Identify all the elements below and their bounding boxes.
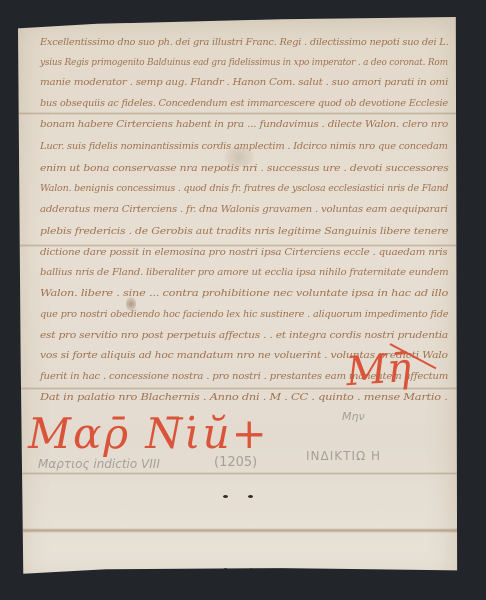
text-line: ysius Regis primogenito Balduinus ead gr… xyxy=(40,57,448,68)
text-line: bus obsequiis ac fideles. Concedendum es… xyxy=(40,98,448,109)
pencil-note-greek: ΙΝΔΙΚΤΙΩ Η xyxy=(306,449,381,463)
text-line: Lucr. suis fidelis nominantissimis cordi… xyxy=(40,141,448,152)
text-line: Walon. libere . sine ... contra prohibit… xyxy=(40,288,448,299)
fold-line xyxy=(18,472,458,475)
text-line: enim ut bona conservasse nra nepotis nri… xyxy=(40,163,449,174)
turnup-fold xyxy=(18,528,458,533)
seal-cord xyxy=(251,570,277,585)
text-line: manie moderator . semp aug. Flandr . Han… xyxy=(40,77,448,88)
pencil-note-date: Μαρτιος indictio VIII xyxy=(38,457,160,471)
text-line: que pro nostri obediendo hoc faciendo le… xyxy=(40,309,448,320)
pencil-note-men: Μην xyxy=(342,410,365,423)
text-line: adderatus mera Cirterciens . fr. dna Wal… xyxy=(40,204,448,215)
red-signature-left: Μαρ̄ Ν̄ι̇ŭ+ xyxy=(28,409,269,458)
seal-hole xyxy=(223,568,228,571)
text-line: bonam habere Cirterciens habent in pra .… xyxy=(40,119,448,130)
parchment-sheet: Excellentissimo dno suo ph. dei gra illu… xyxy=(18,17,458,584)
text-line: est pro servitio nro post perpetuis affe… xyxy=(40,330,448,341)
text-line: dictione dare possit in elemosina pro no… xyxy=(40,247,448,258)
text-line: Walon. benignis concessimus . quod dnis … xyxy=(40,183,448,194)
text-line: Excellentissimo dno suo ph. dei gra illu… xyxy=(40,37,448,48)
red-signature-right: Μη̄ xyxy=(344,345,412,395)
pencil-note-year: (1205) xyxy=(214,455,257,470)
seal-hole xyxy=(223,495,228,498)
fold-line xyxy=(18,112,458,115)
seal-hole xyxy=(249,568,254,571)
text-line: Dat in palatio nro Blachernis . Anno dni… xyxy=(40,392,448,403)
text-line: plebis fredericis . de Gerobis aut tradi… xyxy=(40,226,448,237)
text-line: ballius nris de Fland. liberaliter pro a… xyxy=(40,267,448,278)
seal-hole xyxy=(248,495,253,498)
